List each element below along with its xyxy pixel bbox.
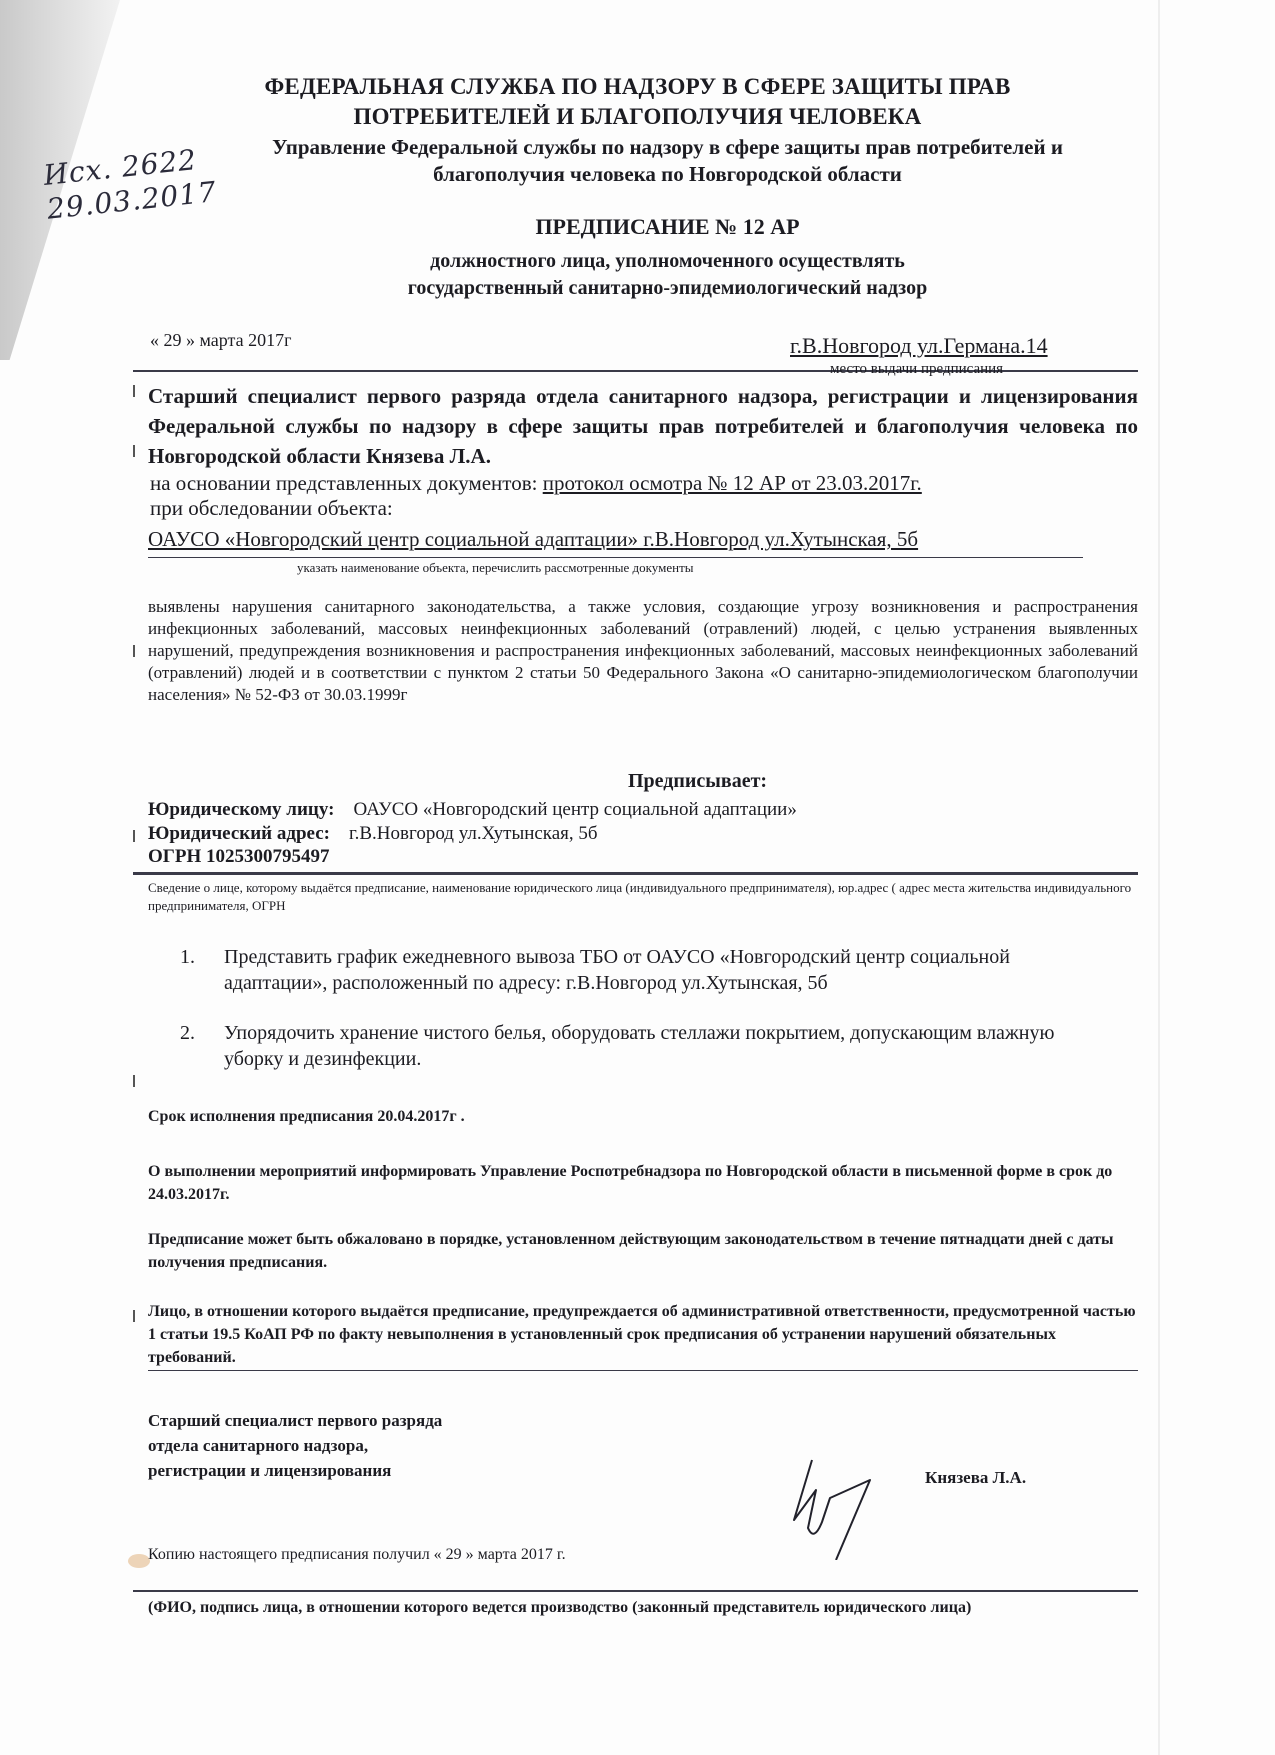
agency-line-2: ПОТРЕБИТЕЛЕЙ И БЛАГОПОЛУЧИЯ ЧЕЛОВЕКА [0,102,1275,132]
inform-requirement: О выполнении мероприятий информировать У… [148,1160,1138,1206]
liability-warning: Лицо, в отношении которого выдаётся пред… [148,1300,1138,1369]
prescription-item: 1. Представить график ежедневного вывоза… [180,944,1080,996]
signatory-name: Князева Л.А. [925,1468,1026,1488]
basis-paragraph: на основании представленных документов: … [150,471,1140,521]
legal-address-value: г.В.Новгород ул.Хутынская, 5б [349,823,598,844]
margin-mark [133,830,135,842]
prescription-item: 2. Упорядочить хранение чистого белья, о… [180,1020,1080,1072]
fio-caption: (ФИО, подпись лица, в отношении которого… [148,1596,1048,1619]
signatory-title-line-3: регистрации и лицензирования [148,1458,442,1483]
object-underline [148,557,1083,558]
margin-mark [133,1075,135,1087]
legal-entity-value: ОАУСО «Новгородский центр социальной ада… [353,799,796,820]
execution-deadline: Срок исполнения предписания 20.04.2017г … [148,1108,465,1126]
handwritten-signature [780,1450,890,1560]
basis-prefix: на основании представленных документов: [150,471,543,495]
object-caption: указать наименование объекта, перечислит… [297,560,694,576]
subtitle-line-1: должностного лица, уполномоченного осуще… [60,248,1275,275]
legal-address-label: Юридический адрес: [148,823,330,844]
prescribes-heading: Предписывает: [0,770,1275,793]
signature-line [133,1590,1138,1592]
ogrn-number: ОГРН 1025300795497 [148,846,330,868]
document-title: ПРЕДПИСАНИЕ № 12 АР [0,214,1275,240]
legal-entity-label: Юридическому лицу: [148,799,334,820]
official-statement: Старший специалист первого разряда отдел… [148,381,1138,471]
item-number: 2. [180,1020,224,1072]
inspected-object: ОАУСО «Новгородский центр социальной ада… [148,527,918,552]
appeal-notice: Предписание может быть обжаловано в поря… [148,1228,1138,1274]
divider-line [148,1370,1138,1371]
issue-place: г.В.Новгород ул.Германа.14 [790,333,1048,359]
margin-mark [133,1310,135,1322]
agency-header: ФЕДЕРАЛЬНАЯ СЛУЖБА ПО НАДЗОРУ В СФЕРЕ ЗА… [0,72,1275,132]
findings-paragraph: выявлены нарушения санитарного законодат… [148,596,1138,706]
legal-entity-block: Юридическому лицу: ОАУСО «Новгородский ц… [148,798,797,846]
prescription-items: 1. Представить график ежедневного вывоза… [180,944,1080,1096]
item-text: Упорядочить хранение чистого белья, обор… [224,1020,1080,1072]
margin-mark [133,385,135,397]
signatory-title: Старший специалист первого разряда отдел… [148,1408,442,1483]
copy-received-line: Копию настоящего предписания получил « 2… [148,1546,566,1564]
scan-stain [128,1554,150,1568]
divider-line [133,872,1138,875]
entity-caption: Сведение о лице, которому выдаётся предп… [148,879,1138,915]
legal-entity-row: Юридическому лицу: ОАУСО «Новгородский ц… [148,798,797,822]
issue-place-caption: место выдачи предписания [830,361,1003,378]
item-text: Представить график ежедневного вывоза ТБ… [224,944,1080,996]
inspection-label: при обследовании объекта: [150,496,1140,521]
margin-mark [133,645,135,657]
department-line-1: Управление Федеральной службы по надзору… [60,134,1275,161]
subtitle-line-2: государственный санитарно-эпидемиологиче… [60,275,1275,302]
margin-mark [133,445,135,457]
issue-date: « 29 » марта 2017г [150,330,291,351]
basis-document: протокол осмотра № 12 АР от 23.03.2017г. [543,471,922,495]
document-subtitle: должностного лица, уполномоченного осуще… [0,248,1275,302]
legal-address-row: Юридический адрес: г.В.Новгород ул.Хутын… [148,822,797,846]
agency-line-1: ФЕДЕРАЛЬНАЯ СЛУЖБА ПО НАДЗОРУ В СФЕРЕ ЗА… [0,72,1275,102]
signatory-title-line-1: Старший специалист первого разряда [148,1408,442,1433]
item-number: 1. [180,944,224,996]
signatory-title-line-2: отдела санитарного надзора, [148,1433,442,1458]
department-line-2: благополучия человека по Новгородской об… [60,161,1275,188]
